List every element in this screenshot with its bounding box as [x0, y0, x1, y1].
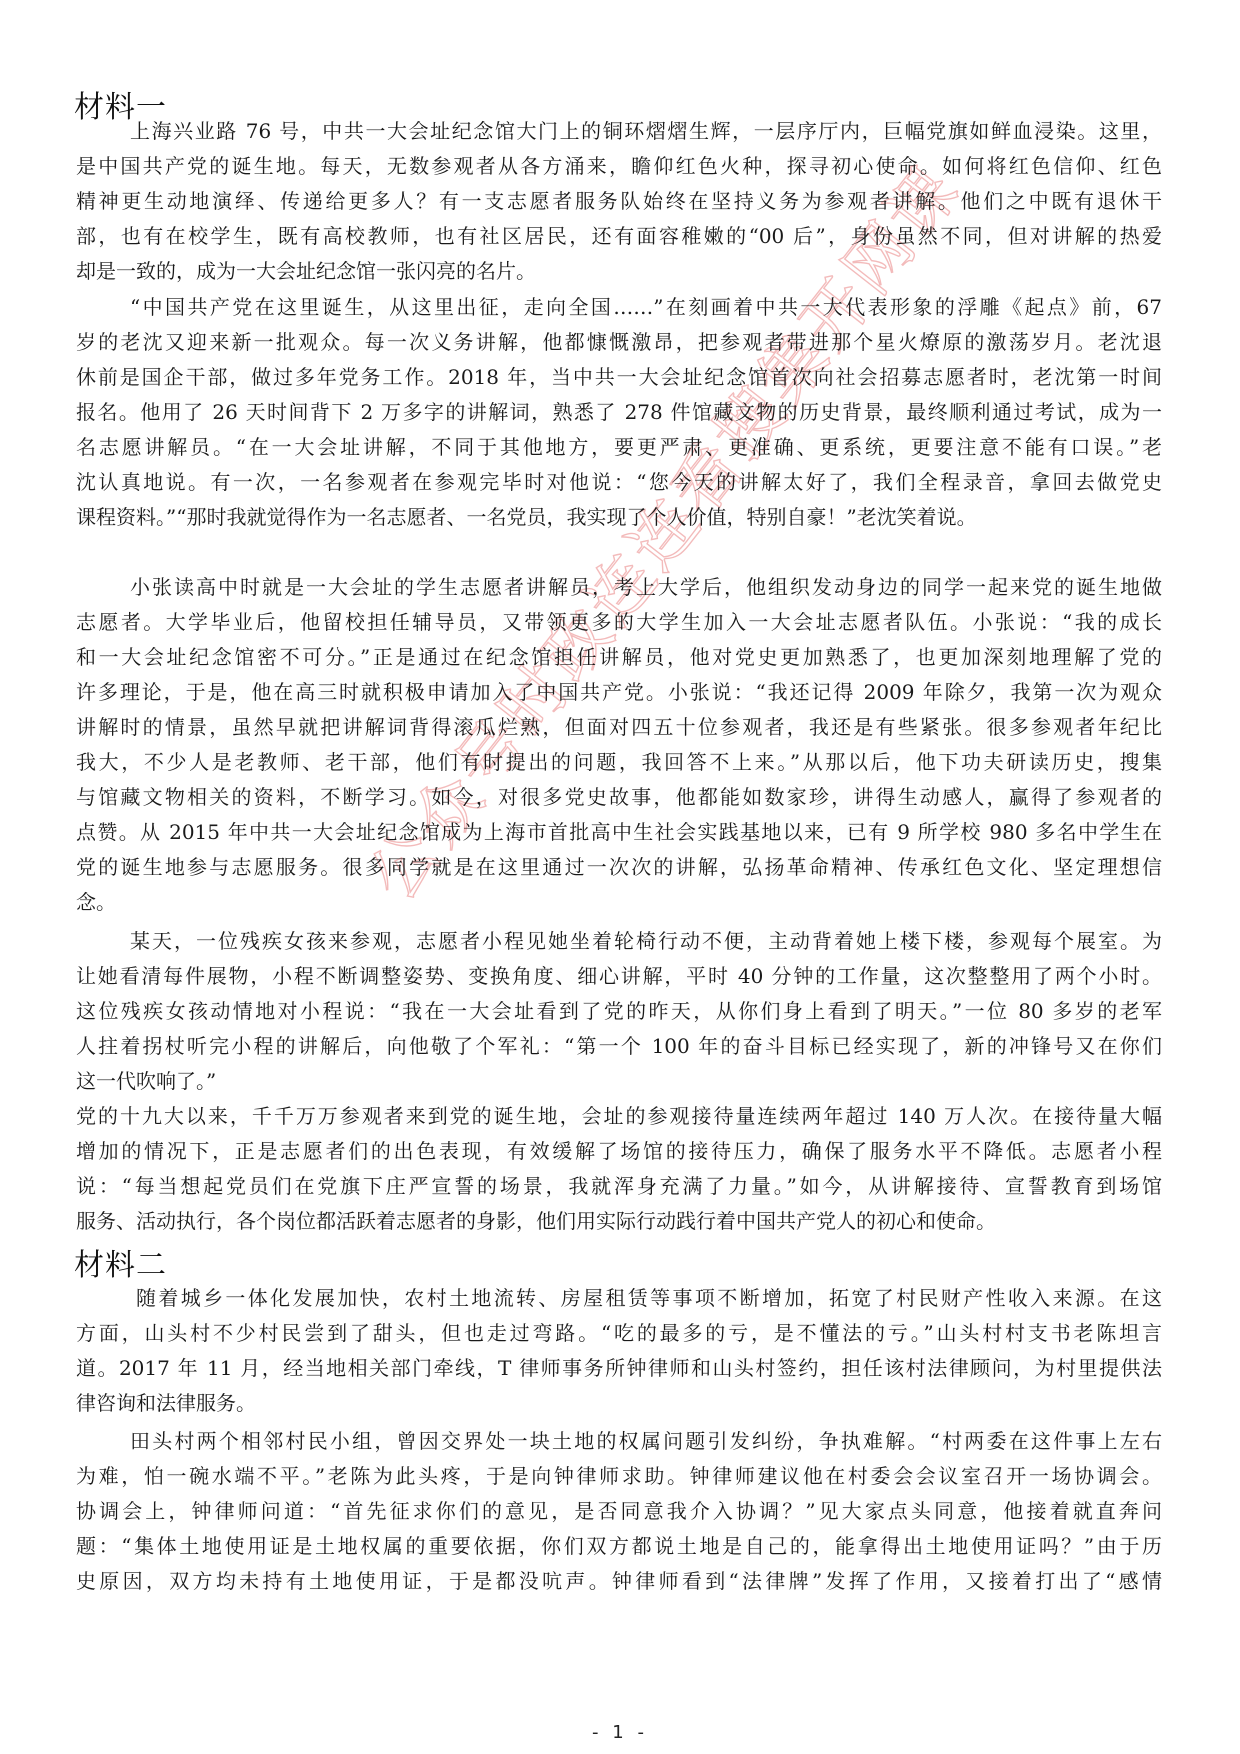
- text-line: 某天，一位残疾女孩来参观，志愿者小程见她坐着轮椅行动不便，主动背着她上楼下楼，参…: [130, 926, 1162, 956]
- text-line: 念。: [76, 887, 1162, 917]
- text-line: 点赞。从 2015 年中共一大会址纪念馆成为上海市首批高中生社会实践基地以来，已…: [76, 817, 1162, 847]
- text-line: 题：“集体土地使用证是土地权属的重要依据，你们双方都说土地是自己的，能拿得出土地…: [76, 1531, 1162, 1561]
- text-line: 为难，怕一碗水端不平。”老陈为此头疼，于是向钟律师求助。钟律师建议他在村委会会议…: [76, 1461, 1162, 1491]
- text-line: 律咨询和法律服务。: [76, 1388, 1162, 1418]
- text-line: 小张读高中时就是一大会址的学生志愿者讲解员，考上大学后，他组织发动身边的同学一起…: [130, 572, 1162, 602]
- text-line: 方面，山头村不少村民尝到了甜头，但也走过弯路。“吃的最多的亏，是不懂法的亏。”山…: [76, 1318, 1162, 1348]
- text-line: 田头村两个相邻村民小组，曾因交界处一块土地的权属问题引发纠纷，争执难解。“村两委…: [130, 1426, 1162, 1456]
- text-line: 讲解时的情景，虽然早就把讲解词背得滚瓜烂熟，但面对四五十位参观者，我还是有些紧张…: [76, 712, 1162, 742]
- text-line: 党的十九大以来，千千万万参观者来到党的诞生地，会址的参观接待量连续两年超过 14…: [76, 1101, 1162, 1131]
- text-line: 休前是国企干部，做过多年党务工作。2018 年，当中共一大会址纪念馆首次向社会招…: [76, 362, 1162, 392]
- text-line: 这一代吹响了。”: [76, 1066, 1162, 1096]
- text-line: 协调会上，钟律师问道：“首先征求你们的意见，是否同意我介入协调？”见大家点头同意…: [76, 1496, 1162, 1526]
- text-line: 这位残疾女孩动情地对小程说：“我在一大会址看到了党的昨天，从你们身上看到了明天。…: [76, 996, 1162, 1026]
- text-line: 人拄着拐杖听完小程的讲解后，向他敬了个军礼：“第一个 100 年的奋斗目标已经实…: [76, 1031, 1162, 1061]
- text-line: 让她看清每件展物，小程不断调整姿势、变换角度、细心讲解，平时 40 分钟的工作量…: [76, 961, 1162, 991]
- text-line: 名志愿讲解员。“在一大会址讲解，不同于其他地方，要更严肃、更准确、更系统，更要注…: [76, 432, 1162, 462]
- text-line: 沈认真地说。有一次，一名参观者在参观完毕时对他说：“您今天的讲解太好了，我们全程…: [76, 467, 1162, 497]
- text-line: 增加的情况下，正是志愿者们的出色表现，有效缓解了场馆的接待压力，确保了服务水平不…: [76, 1136, 1162, 1166]
- text-line: 上海兴业路 76 号，中共一大会址纪念馆大门上的铜环熠熠生辉，一层序厅内，巨幅党…: [130, 116, 1162, 146]
- text-line: 精神更生动地演绎、传递给更多人？有一支志愿者服务队始终在坚持义务为参观者讲解。他…: [76, 186, 1162, 216]
- text-line: 服务、活动执行，各个岗位都活跃着志愿者的身影，他们用实际行动践行着中国共产党人的…: [76, 1206, 1162, 1236]
- text-line: 却是一致的，成为一大会址纪念馆一张闪亮的名片。: [76, 256, 1162, 286]
- text-line: 道。2017 年 11 月，经当地相关部门牵线，T 律师事务所钟律师和山头村签约…: [76, 1353, 1162, 1383]
- text-line: 说：“每当想起党员们在党旗下庄严宣誓的场景，我就浑身充满了力量。”如今，从讲解接…: [76, 1171, 1162, 1201]
- text-line: 志愿者。大学毕业后，他留校担任辅导员，又带领更多的大学生加入一大会址志愿者队伍。…: [76, 607, 1162, 637]
- text-line: 和一大会址纪念馆密不可分。”正是通过在纪念馆担任讲解员，他对党史更加熟悉了，也更…: [76, 642, 1162, 672]
- text-line: 随着城乡一体化发展加快，农村土地流转、房屋租赁等事项不断增加，拓宽了村民财产性收…: [136, 1283, 1162, 1313]
- text-line: 史原因，双方均未持有土地使用证，于是都没吭声。钟律师看到“法律牌”发挥了作用，又…: [76, 1566, 1162, 1596]
- text-line: 党的诞生地参与志愿服务。很多同学就是在这里通过一次次的讲解，弘扬革命精神、传承红…: [76, 852, 1162, 882]
- text-line: 部，也有在校学生，既有高校教师，也有社区居民，还有面容稚嫩的“00 后”，身份虽…: [76, 221, 1162, 251]
- text-line: 我大，不少人是老教师、老干部，他们有时提出的问题，我回答不上来。”从那以后，他下…: [76, 747, 1162, 777]
- section-heading-2: 材料二: [74, 1240, 167, 1284]
- text-line: 是中国共产党的诞生地。每天，无数参观者从各方涌来，瞻仰红色火种，探寻初心使命。如…: [76, 151, 1162, 181]
- text-line: 许多理论，于是，他在高三时就积极申请加入了中国共产党。小张说：“我还记得 200…: [76, 677, 1162, 707]
- text-line: 课程资料。”“那时我就觉得作为一名志愿者、一名党员，我实现了个人价值，特别自豪！…: [76, 502, 1162, 532]
- text-line: 与馆藏文物相关的资料，不断学习。如今，对很多党史故事，他都能如数家珍，讲得生动感…: [76, 782, 1162, 812]
- text-line: “中国共产党在这里诞生，从这里出征，走向全国……”在刻画着中共一大代表形象的浮雕…: [130, 292, 1162, 322]
- text-line: 报名。他用了 26 天时间背下 2 万多字的讲解词，熟悉了 278 件馆藏文物的…: [76, 397, 1162, 427]
- text-line: 岁的老沈又迎来新一批观众。每一次义务讲解，他都慷慨激昂，把参观者带进那个星火燎原…: [76, 327, 1162, 357]
- document-page: 公众号时政连连看搜集开网课 材料一 上海兴业路 76 号，中共一大会址纪念馆大门…: [0, 0, 1240, 1754]
- page-number: - 1 -: [0, 1722, 1240, 1743]
